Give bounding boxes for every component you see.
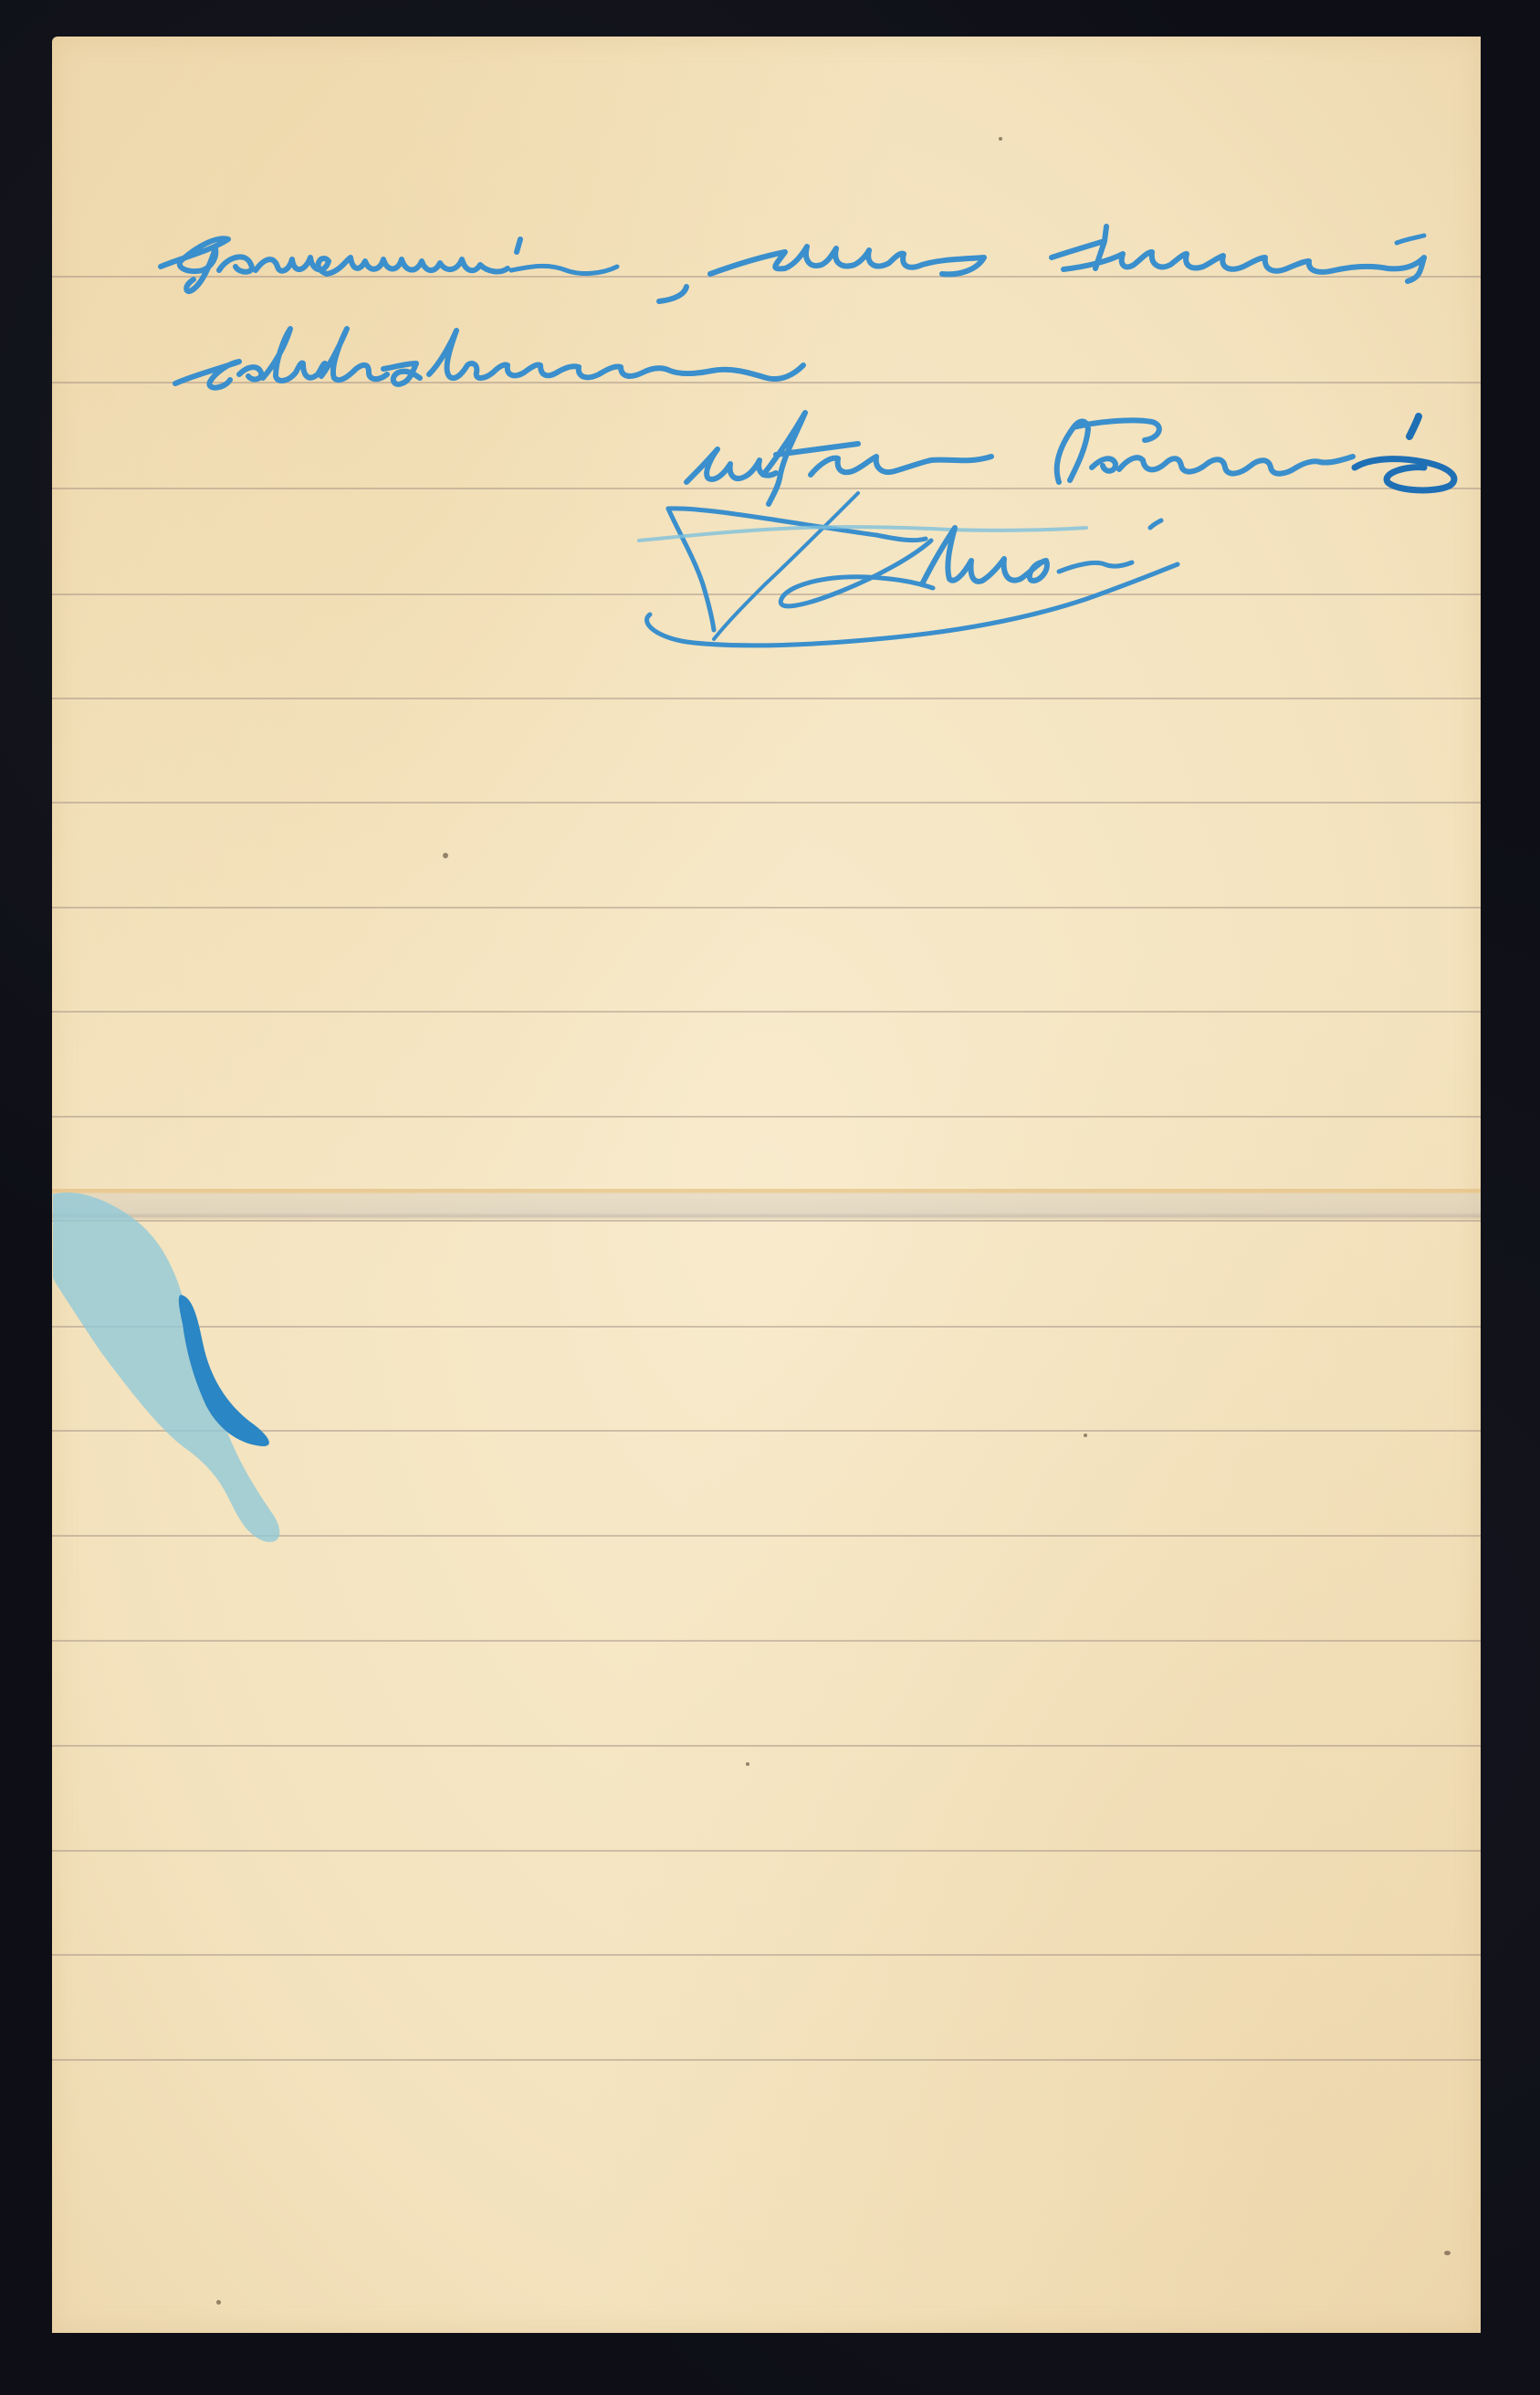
signature: J. Laió	[676, 530, 1137, 606]
complimentary-close: votre dévoué	[686, 429, 1232, 491]
ruled-line	[52, 1745, 1481, 1747]
closing-line-2: salutations	[173, 331, 568, 393]
paper-speck	[216, 2300, 221, 2305]
ruled-line	[52, 1116, 1481, 1118]
paper-speck	[443, 853, 448, 858]
ruled-line	[52, 1640, 1481, 1642]
ruled-line	[52, 1011, 1481, 1013]
ruled-line	[52, 1850, 1481, 1852]
paper-speck	[746, 1762, 749, 1766]
ruled-line	[52, 1220, 1481, 1222]
ruled-line	[52, 802, 1481, 804]
closing-line-1: Souvenir, avec meilleures	[155, 226, 980, 289]
ruled-line	[52, 2059, 1481, 2061]
paper-speck	[1444, 2251, 1451, 2255]
ruled-line	[52, 1535, 1481, 1537]
ruled-line	[52, 698, 1481, 699]
paper-speck	[1084, 1434, 1087, 1437]
ruled-line	[52, 1954, 1481, 1956]
ruled-line	[52, 907, 1481, 909]
fold-crease	[52, 1189, 1481, 1220]
ruled-line	[52, 1326, 1481, 1328]
paper-speck	[999, 137, 1002, 141]
ruled-line	[52, 1430, 1481, 1432]
